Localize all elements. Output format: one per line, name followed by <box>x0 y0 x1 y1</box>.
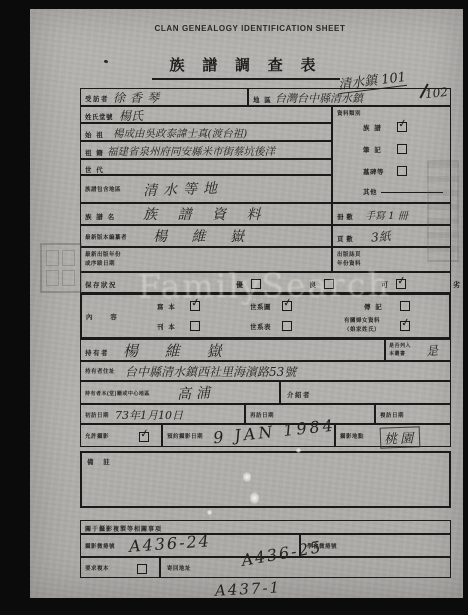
cell-pages: 頁 數 3紙 <box>332 225 451 247</box>
cell-genealogy-title: 族 譜 名 族 譜 資 料 <box>80 203 332 225</box>
cell-publication-year: 最新出版年份 或序跋日期 <box>80 247 332 272</box>
surname-label: 姓氏堂號 <box>85 112 113 121</box>
cell-office-header: 關于攝影複製等相關事項 <box>80 520 451 534</box>
interviewee-value: 徐香琴 <box>113 89 164 106</box>
photo-location-label: 攝影地點 <box>340 433 364 442</box>
holder-label: 持有者 <box>85 348 109 357</box>
area-label: 地 區 <box>253 95 272 104</box>
cell-first-ancestor: 始 祖 楊成由吳政泰諱士真(渡台祖) <box>80 123 332 141</box>
surname-value: 楊氏 <box>119 107 143 124</box>
office-header-label: 關于攝影複製等相關事項 <box>85 524 162 533</box>
scanned-genealogy-sheet: { "meta": { "printed_title": "CLAN GENEA… <box>0 0 468 615</box>
condition-fair-checkbox: ✓ <box>396 279 406 289</box>
category-label: 資料類別 <box>337 110 361 119</box>
check-icon: ✓ <box>397 116 408 130</box>
genealogy-title-value: 族 譜 資 料 <box>143 204 268 224</box>
publication-year-label-line2: 或序跋日期 <box>85 260 115 269</box>
third-visit-label: 複訪日期 <box>380 412 404 421</box>
content-women-info-sublabel: （娘家姓氏） <box>344 326 380 335</box>
condition-opt-good: 良 <box>309 280 318 290</box>
film-number-value: A436-24 <box>128 531 211 556</box>
cell-ancestral-home: 祖 籍 福建省泉州府同安縣米市街蔡坑後洋 <box>80 141 332 159</box>
coverage-label: 族譜包含地區 <box>85 186 121 195</box>
condition-excellent-checkbox <box>251 279 261 289</box>
content-women-info-checkbox: ✓ <box>400 321 410 331</box>
cell-publication-info: 出版誌頁 年份資料 <box>332 247 451 272</box>
compiler-label: 最新版本編纂者 <box>85 234 127 243</box>
bottom-handwritten-code: A437-1 <box>215 578 282 599</box>
photo-location-value: 桃園 <box>380 426 421 448</box>
cell-series-inclusion: 是否列入 本叢書 是 <box>385 339 451 361</box>
content-women-info-label: 有關婦女資料 <box>344 317 380 326</box>
category-opt3-checkbox <box>397 166 407 176</box>
photo-permission-checkbox: ✓ <box>139 432 149 442</box>
cell-coverage-area: 族譜包含地區 清水等地 <box>80 175 332 203</box>
photo-permission-label: 允許攝影 <box>85 433 109 442</box>
cell-first-visit-date: 初訪日期 73年1月10日 <box>80 404 245 424</box>
cell-holder: 持有者 楊 維 嶽 <box>80 339 385 361</box>
cell-category: 資料類別 族 譜 ✓ 筆 記 墓碑等 其他 <box>332 106 451 203</box>
content-pedigree-table-label: 世系表 <box>250 322 271 331</box>
introducer-label: 介紹者 <box>287 390 311 399</box>
generations-label: 世 代 <box>85 165 104 174</box>
content-pedigree-table-checkbox <box>282 321 292 331</box>
holder-home-area-value: 高浦 <box>177 382 216 404</box>
category-opt1-label: 族 譜 <box>363 123 382 132</box>
cell-content: 內 容 寫 本 ✓ 世系圖 ✓ 傳 記 刊 本 世系表 有關婦女資料 （娘家姓氏… <box>80 293 451 339</box>
cell-holder-home-area: 持有者本(堂)籍或中心地區 高浦 <box>80 381 280 404</box>
holder-address-label: 持有者住址 <box>85 368 115 377</box>
content-pedigree-chart-label: 世系圖 <box>250 302 271 311</box>
series-inclusion-label-line1: 是否列入 <box>389 342 411 350</box>
cell-return-address: 寄回地址 A436-25 <box>160 557 451 578</box>
pages-value: 3紙 <box>370 227 391 245</box>
cell-remarks: 備 註 <box>80 451 451 508</box>
volumes-value: 手寫 1 冊 <box>365 207 408 222</box>
cell-interviewee: 受訪者 徐香琴 <box>80 88 248 106</box>
remarks-label: 備 註 <box>87 457 114 466</box>
cell-photo-permission: 允許攝影 ✓ <box>80 424 162 447</box>
first-ancestor-value: 楊成由吳政泰諱士真(渡台祖) <box>113 126 247 141</box>
copy-request-label: 要求複本 <box>85 565 109 574</box>
cell-surname: 姓氏堂號 楊氏 <box>80 106 332 123</box>
return-address-label: 寄回地址 <box>167 565 191 574</box>
genealogy-title-label: 族 譜 名 <box>85 212 116 221</box>
cell-photo-date: 預約攝影日期 9 JAN 1984 <box>162 424 335 447</box>
publication-info-label-line2: 年份資料 <box>337 260 361 269</box>
publication-year-label-line1: 最新出版年份 <box>85 251 121 260</box>
content-printed-checkbox <box>190 321 200 331</box>
pages-label: 頁 數 <box>337 234 353 243</box>
cell-volumes: 冊 數 手寫 1 冊 <box>332 203 451 225</box>
condition-opt-excellent: 優 <box>236 280 245 290</box>
content-label: 內 容 <box>86 312 125 321</box>
printed-english-title: CLAN GENEALOGY IDENTIFICATION SHEET <box>110 24 390 33</box>
cell-holder-address: 持有者住址 台中縣清水鎮西社里海濱路53號 <box>80 361 451 381</box>
content-biography-label: 傳 記 <box>364 302 383 311</box>
cell-compiler: 最新版本編纂者 楊 維 嶽 <box>80 225 332 247</box>
compiler-value: 楊 維 嶽 <box>153 226 254 246</box>
copy-request-checkbox <box>137 564 147 574</box>
ancestral-home-value: 福建省泉州府同安縣米市街蔡坑後洋 <box>107 144 275 159</box>
check-icon: ✓ <box>396 273 407 287</box>
publication-info-label-line1: 出版誌頁 <box>337 251 361 260</box>
check-icon: ✓ <box>190 295 201 309</box>
check-icon: ✓ <box>139 426 150 440</box>
series-inclusion-label-line2: 本叢書 <box>389 350 406 358</box>
first-ancestor-label: 始 祖 <box>85 130 104 139</box>
content-manuscript-label: 寫 本 <box>157 302 176 311</box>
film-number-label: 攝影微捲號 <box>85 543 115 552</box>
condition-good-checkbox <box>324 279 334 289</box>
content-biography-checkbox <box>400 301 410 311</box>
condition-opt-poor: 劣 <box>453 280 462 290</box>
cell-area: 地 區 台灣台中縣清水鎮 <box>248 88 451 106</box>
second-visit-label: 再訪日期 <box>250 412 274 421</box>
category-other-line <box>381 191 443 193</box>
check-icon: ✓ <box>282 295 293 309</box>
first-visit-label: 初訪日期 <box>85 412 109 421</box>
category-other-label: 其他 <box>363 187 377 196</box>
cell-photo-location: 攝影地點 桃園 <box>335 424 451 447</box>
category-opt1-checkbox: ✓ <box>397 122 407 132</box>
coverage-value: 清水等地 <box>143 178 224 201</box>
cell-introducer: 介紹者 <box>280 381 451 404</box>
ancestral-home-label: 祖 籍 <box>85 148 104 157</box>
holder-address-value: 台中縣清水鎮西社里海濱路53號 <box>125 363 296 380</box>
cell-condition: 保存狀況 優 良 可 ✓ 劣 <box>80 272 451 293</box>
condition-opt-fair: 可 <box>381 280 390 290</box>
photo-date-label: 預約攝影日期 <box>167 433 203 442</box>
category-opt2-label: 筆 記 <box>363 145 382 154</box>
content-printed-label: 刊 本 <box>157 322 176 331</box>
interviewee-label: 受訪者 <box>85 94 109 103</box>
holder-value: 楊 維 嶽 <box>123 340 233 361</box>
condition-label: 保存狀況 <box>85 280 117 289</box>
volumes-label: 冊 數 <box>337 212 353 221</box>
category-opt3-label: 墓碑等 <box>363 167 384 176</box>
cell-copy-request: 要求複本 <box>80 557 160 578</box>
area-value: 台灣台中縣清水鎮 <box>275 90 363 106</box>
check-icon: ✓ <box>400 315 411 329</box>
series-inclusion-value: 是 <box>425 341 439 359</box>
content-pedigree-chart-checkbox: ✓ <box>282 301 292 311</box>
form-title: 族 譜 調 查 表 <box>152 54 340 80</box>
content-manuscript-checkbox: ✓ <box>190 301 200 311</box>
cell-generations: 世 代 <box>80 159 332 175</box>
holder-home-area-label: 持有者本(堂)籍或中心地區 <box>85 390 150 398</box>
first-visit-value: 73年1月10日 <box>115 407 183 423</box>
category-opt2-checkbox <box>397 144 407 154</box>
cell-third-visit-date: 複訪日期 <box>375 404 451 424</box>
